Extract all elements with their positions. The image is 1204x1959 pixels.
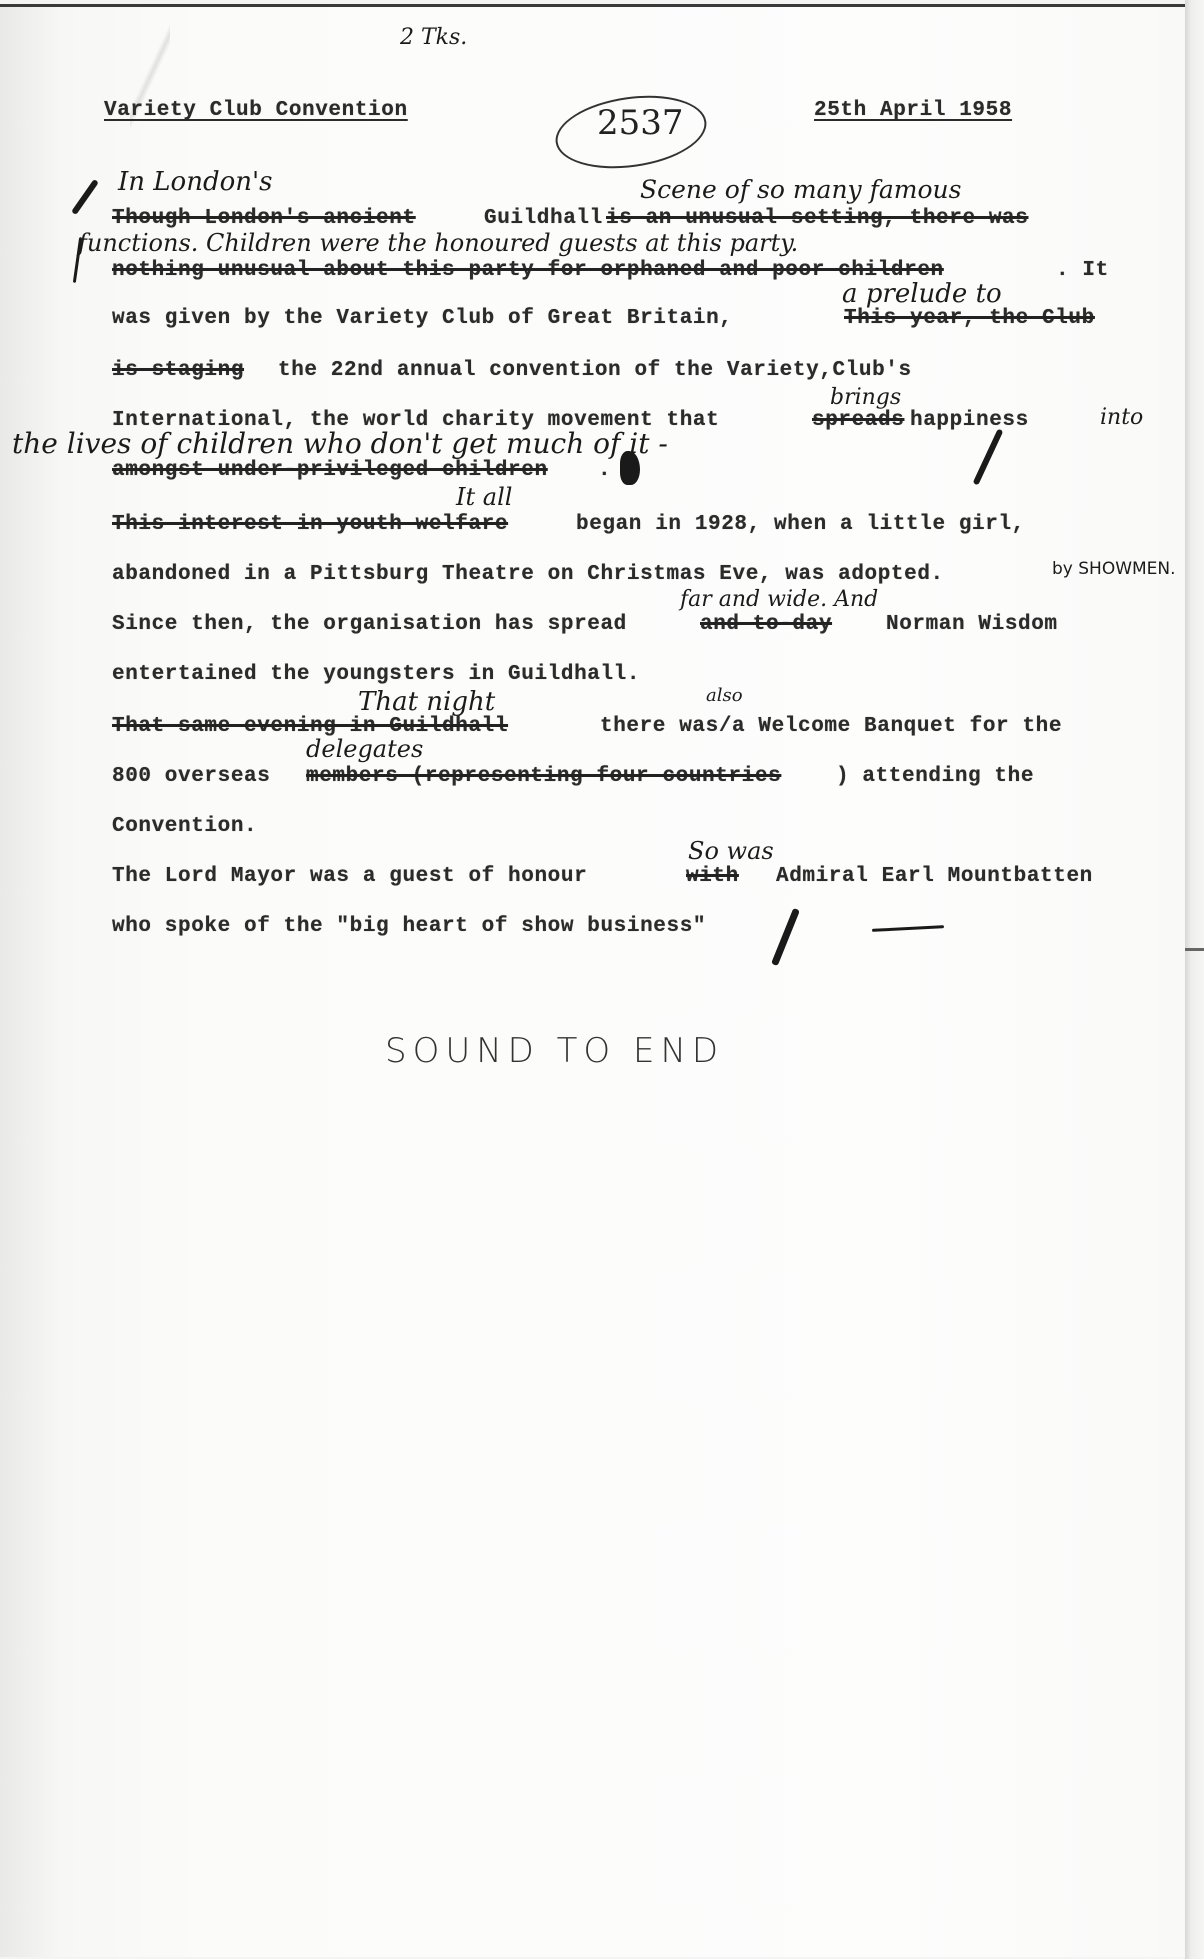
handwritten-top-note: 2 Tks. (400, 25, 467, 50)
document-page: 2 Tks. Variety Club Convention 2537 25th… (0, 4, 1185, 1957)
typed-text: Guildhall (484, 207, 603, 230)
typed-text: began in 1928, when a little girl, (576, 513, 1025, 536)
typed-text: The Lord Mayor was a guest of honour (112, 865, 587, 888)
handwritten-scene-of: Scene of so many famous (640, 175, 961, 204)
handwritten-delegates: delegates (306, 735, 423, 763)
typed-text: . It (1056, 259, 1109, 282)
typed-text: 800 overseas (112, 765, 270, 788)
struck-text: with (686, 865, 739, 888)
handwritten-a-prelude-to: a prelude to (842, 279, 1002, 309)
slash-mark (973, 429, 1004, 486)
struck-text: amongst under-privileged children (112, 459, 548, 482)
struck-text: spreads (812, 409, 904, 432)
underlying-page-edge (1185, 0, 1204, 1959)
struck-text: is an unusual setting, there was (606, 207, 1028, 230)
handwritten-by-showmen: by SHOWMEN. (1052, 559, 1176, 579)
typed-text: entertained the youngsters in Guildhall. (112, 663, 640, 686)
document-title: Variety Club Convention (104, 99, 408, 122)
struck-text: nothing unusual about this party for orp… (112, 259, 944, 282)
ink-blot (620, 451, 640, 485)
struck-text: members (representing four countries (306, 765, 781, 788)
handwritten-also: also (706, 685, 743, 706)
handwritten-it-all: It all (456, 483, 512, 511)
typed-text: Admiral Earl Mountbatten (776, 865, 1093, 888)
document-date: 25th April 1958 (814, 99, 1012, 122)
handwritten-brings: brings (830, 385, 901, 410)
typed-text: was given by the Variety Club of Great B… (112, 307, 733, 330)
typed-text: Convention. (112, 815, 257, 838)
paper-crease (130, 7, 170, 147)
margin-slash-mark (73, 237, 82, 283)
handwritten-sound-to-end: SOUND TO END (385, 1031, 724, 1071)
typed-text: Norman Wisdom (886, 613, 1058, 636)
struck-text: is staging (112, 359, 244, 382)
typed-text: abandoned in a Pittsburg Theatre on Chri… (112, 563, 944, 586)
dash-mark (872, 925, 944, 932)
typed-text: . (598, 459, 611, 482)
struck-text: This year, the Club (844, 307, 1095, 330)
typed-text: Since then, the organisation has spread (112, 613, 627, 636)
handwritten-lives-line: the lives of children who don't get much… (12, 427, 668, 460)
handwritten-into: into (1100, 405, 1143, 430)
margin-slash-mark (71, 179, 99, 215)
typed-text: ) attending the (836, 765, 1034, 788)
typed-text: the 22nd annual convention of the Variet… (278, 359, 912, 382)
typed-text: happiness (910, 409, 1029, 432)
handwritten-in-londons: In London's (118, 167, 272, 197)
slash-mark (771, 908, 800, 966)
handwritten-so-was: So was (688, 837, 774, 865)
underlying-page-line (1185, 948, 1204, 951)
struck-text: Though London's ancient (112, 207, 416, 230)
typed-text: who spoke of the "big heart of show busi… (112, 915, 706, 938)
typed-text: there was/a Welcome Banquet for the (600, 715, 1062, 738)
handwritten-that-night: That night (358, 687, 495, 717)
handwritten-far-and-wide: far and wide. And (680, 587, 878, 612)
struck-text: and to-day (700, 613, 832, 636)
handwritten-functions: functions. Children were the honoured gu… (78, 229, 798, 257)
reference-number: 2537 (597, 103, 684, 143)
struck-text: This interest in youth welfare (112, 513, 508, 536)
